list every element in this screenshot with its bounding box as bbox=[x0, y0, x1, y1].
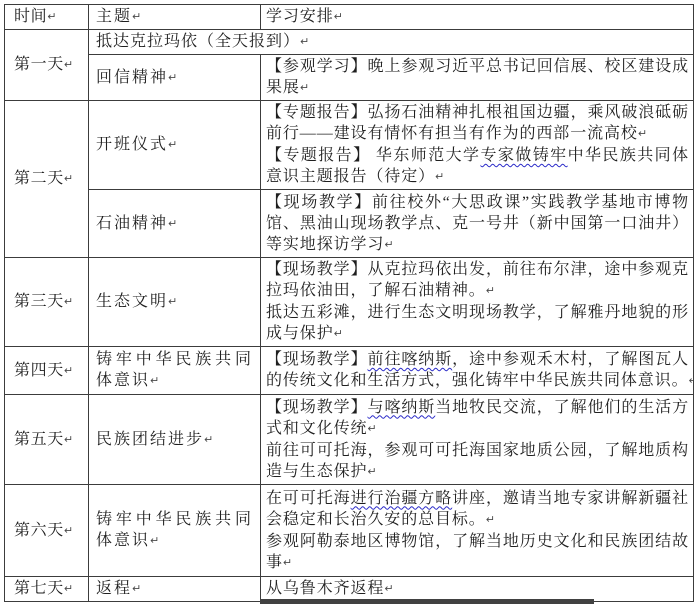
day2-theme-b-cell: 石油精神↵ bbox=[89, 190, 261, 258]
day2-theme-a-text: 开班仪式 bbox=[96, 136, 168, 153]
day2-report2-pre: 【专题报告】 华东师范大学 bbox=[266, 147, 480, 164]
day3-label-cell: 第三天↵ bbox=[5, 258, 89, 347]
day7-row: 第七天↵ 返程↵ 从乌鲁木齐返程↵ bbox=[5, 577, 694, 602]
day5-text-pre: 【现场教学】 bbox=[266, 399, 368, 416]
day2-report2-spellcheck-segment: 专家做铸牢 bbox=[480, 147, 567, 164]
day2-report1-text: 【专题报告】弘扬石油精神扎根祖国边疆，乘风破浪砥砺前行——建设有情怀有担当有作为… bbox=[266, 104, 689, 142]
header-time-label: 时间 bbox=[14, 8, 47, 25]
day2-label-cell: 第二天↵ bbox=[5, 101, 89, 258]
day5-row: 第五天↵ 民族团结进步↵ 【现场教学】与喀纳斯当地牧民交流，了解他们的生活方式和… bbox=[5, 395, 694, 485]
day6-theme-text: 铸牢中华民族共同体意识 bbox=[96, 511, 253, 549]
next-block-top-edge bbox=[260, 599, 594, 604]
day4-row: 第四天↵ 铸牢中华民族共同体意识↵ 【现场教学】前往喀纳斯，途中参观禾木村，了解… bbox=[5, 347, 694, 395]
day1-theme-text: 回信精神 bbox=[96, 69, 168, 86]
header-cell-theme: 主题↵ bbox=[89, 5, 261, 30]
day3-row: 第三天↵ 生态文明↵ 【现场教学】从克拉玛依出发，前往布尔津，途中参观克拉玛依油… bbox=[5, 258, 694, 347]
itinerary-table: 时间↵ 主题↵ 学习安排↵ 第一天↵ 抵达克拉玛依（全天报到）↵ 回信精神↵ 【… bbox=[4, 4, 694, 602]
day5-theme-cell: 民族团结进步↵ bbox=[89, 395, 261, 485]
header-cell-schedule: 学习安排↵ bbox=[261, 5, 694, 30]
day1-evening-row: 回信精神↵ 【参观学习】晚上参观习近平总书记回信展、校区建设成果展↵ bbox=[5, 55, 694, 101]
day5-text-2: 前往可可托海，参观可可托海国家地质公园，了解地质构造与生态保护 bbox=[266, 442, 689, 480]
day2-field-row: 石油精神↵ 【现场教学】前往校外“大思政课”实践教学基地市博物馆、黑油山现场教学… bbox=[5, 190, 694, 258]
day3-paragraph-2: 抵达五彩滩，进行生态文明现场教学，了解雅丹地貌的形成与保护↵ bbox=[266, 302, 689, 345]
day1-schedule-text: 【参观学习】晚上参观习近平总书记回信展、校区建设成果展 bbox=[266, 58, 689, 96]
day7-text: 从乌鲁木齐返程 bbox=[266, 580, 384, 597]
day1-arrival-text: 抵达克拉玛依（全天报到） bbox=[96, 33, 300, 50]
day1-label: 第一天 bbox=[14, 56, 64, 73]
day4-theme-text: 铸牢中华民族共同体意识 bbox=[96, 351, 253, 389]
day3-text-1: 【现场教学】从克拉玛依出发，前往布尔津，途中参观克拉玛依油田，了解石油精神。 bbox=[266, 261, 689, 299]
day7-theme-text: 返程 bbox=[96, 580, 132, 597]
day3-text-2: 抵达五彩滩，进行生态文明现场教学，了解雅丹地貌的形成与保护 bbox=[266, 304, 689, 342]
day1-theme-cell: 回信精神↵ bbox=[89, 55, 261, 101]
day2-report1-paragraph: 【专题报告】弘扬石油精神扎根祖国边疆，乘风破浪砥砺前行——建设有情怀有担当有作为… bbox=[266, 102, 689, 145]
day4-theme-cell: 铸牢中华民族共同体意识↵ bbox=[89, 347, 261, 395]
day1-schedule-cell: 【参观学习】晚上参观习近平总书记回信展、校区建设成果展↵ bbox=[261, 55, 694, 101]
day7-schedule-cell: 从乌鲁木齐返程↵ bbox=[261, 577, 694, 602]
day5-schedule-cell: 【现场教学】与喀纳斯当地牧民交流，了解他们的生活方式和文化传统↵ 前往可可托海，… bbox=[261, 395, 694, 485]
day6-spellcheck-segment: 进行治疆方略 bbox=[351, 490, 453, 507]
day5-label-cell: 第五天↵ bbox=[5, 395, 89, 485]
day6-label-cell: 第六天↵ bbox=[5, 485, 89, 577]
day5-spellcheck-segment: 与喀纳斯 bbox=[368, 399, 436, 416]
day2-schedule-a-cell: 【专题报告】弘扬石油精神扎根祖国边疆，乘风破浪砥砺前行——建设有情怀有担当有作为… bbox=[261, 101, 694, 190]
day7-theme-cell: 返程↵ bbox=[89, 577, 261, 602]
day2-theme-a-cell: 开班仪式↵ bbox=[89, 101, 261, 190]
day3-schedule-cell: 【现场教学】从克拉玛依出发，前往布尔津，途中参观克拉玛依油田，了解石油精神。↵ … bbox=[261, 258, 694, 347]
day4-spellcheck-segment: 前往喀纳斯 bbox=[368, 351, 453, 368]
day2-label: 第二天 bbox=[14, 170, 64, 187]
day3-theme-cell: 生态文明↵ bbox=[89, 258, 261, 347]
day2-field-text: 【现场教学】前往校外“大思政课”实践教学基地市博物馆、黑油山现场教学点、克一号井… bbox=[266, 194, 689, 253]
day3-paragraph-1: 【现场教学】从克拉玛依出发，前往布尔津，途中参观克拉玛依油田，了解石油精神。↵ bbox=[266, 259, 689, 302]
day2-field-paragraph: 【现场教学】前往校外“大思政课”实践教学基地市博物馆、黑油山现场教学点、克一号井… bbox=[266, 192, 689, 256]
day4-text-pre: 【现场教学】 bbox=[266, 351, 368, 368]
day7-label-cell: 第七天↵ bbox=[5, 577, 89, 602]
day3-label: 第三天 bbox=[14, 293, 64, 310]
day4-schedule-cell: 【现场教学】前往喀纳斯，途中参观禾木村，了解图瓦人的传统文化和生活方式，强化铸牢… bbox=[261, 347, 694, 395]
header-row: 时间↵ 主题↵ 学习安排↵ bbox=[5, 5, 694, 30]
day7-paragraph: 从乌鲁木齐返程↵ bbox=[266, 578, 689, 600]
day6-paragraph-2: 参观阿勒泰地区博物馆，了解当地历史文化和民族团结故事↵ bbox=[266, 531, 689, 574]
day2-schedule-b-cell: 【现场教学】前往校外“大思政课”实践教学基地市博物馆、黑油山现场教学点、克一号井… bbox=[261, 190, 694, 258]
header-cell-time: 时间↵ bbox=[5, 5, 89, 30]
day3-theme-text: 生态文明 bbox=[96, 293, 168, 310]
day5-paragraph-2: 前往可可托海，参观可可托海国家地质公园，了解地质构造与生态保护↵ bbox=[266, 440, 689, 483]
day4-paragraph: 【现场教学】前往喀纳斯，途中参观禾木村，了解图瓦人的传统文化和生活方式，强化铸牢… bbox=[266, 349, 689, 392]
day6-schedule-cell: 在可可托海进行治疆方略讲座，邀请当地专家讲解新疆社会稳定和长治久安的总目标。↵ … bbox=[261, 485, 694, 577]
day7-label: 第七天 bbox=[14, 580, 64, 597]
day5-paragraph-1: 【现场教学】与喀纳斯当地牧民交流，了解他们的生活方式和文化传统↵ bbox=[266, 397, 689, 440]
day6-paragraph-1: 在可可托海进行治疆方略讲座，邀请当地专家讲解新疆社会稳定和长治久安的总目标。↵ bbox=[266, 488, 689, 531]
day1-arrival-row: 第一天↵ 抵达克拉玛依（全天报到）↵ bbox=[5, 30, 694, 55]
day4-label: 第四天 bbox=[14, 362, 64, 379]
day1-arrival-cell: 抵达克拉玛依（全天报到）↵ bbox=[89, 30, 694, 55]
day5-label: 第五天 bbox=[14, 431, 64, 448]
day2-theme-b-text: 石油精神 bbox=[96, 215, 168, 232]
day6-label: 第六天 bbox=[14, 522, 64, 539]
header-theme-label: 主题 bbox=[96, 8, 132, 25]
day6-text-2: 参观阿勒泰地区博物馆，了解当地历史文化和民族团结故事 bbox=[266, 533, 689, 571]
day1-schedule-paragraph: 【参观学习】晚上参观习近平总书记回信展、校区建设成果展↵ bbox=[266, 56, 689, 99]
day6-theme-cell: 铸牢中华民族共同体意识↵ bbox=[89, 485, 261, 577]
day2-report2-paragraph: 【专题报告】 华东师范大学专家做铸牢中华民族共同体意识主题报告（待定）↵ bbox=[266, 145, 689, 188]
day4-label-cell: 第四天↵ bbox=[5, 347, 89, 395]
day1-label-cell: 第一天↵ bbox=[5, 30, 89, 101]
day5-theme-text: 民族团结进步 bbox=[96, 431, 204, 448]
day2-opening-row: 第二天↵ 开班仪式↵ 【专题报告】弘扬石油精神扎根祖国边疆，乘风破浪砥砺前行——… bbox=[5, 101, 694, 190]
day6-row: 第六天↵ 铸牢中华民族共同体意识↵ 在可可托海进行治疆方略讲座，邀请当地专家讲解… bbox=[5, 485, 694, 577]
day6-text-pre: 在可可托海 bbox=[266, 490, 351, 507]
header-schedule-label: 学习安排 bbox=[266, 8, 334, 25]
document-page: 时间↵ 主题↵ 学习安排↵ 第一天↵ 抵达克拉玛依（全天报到）↵ 回信精神↵ 【… bbox=[0, 0, 699, 604]
